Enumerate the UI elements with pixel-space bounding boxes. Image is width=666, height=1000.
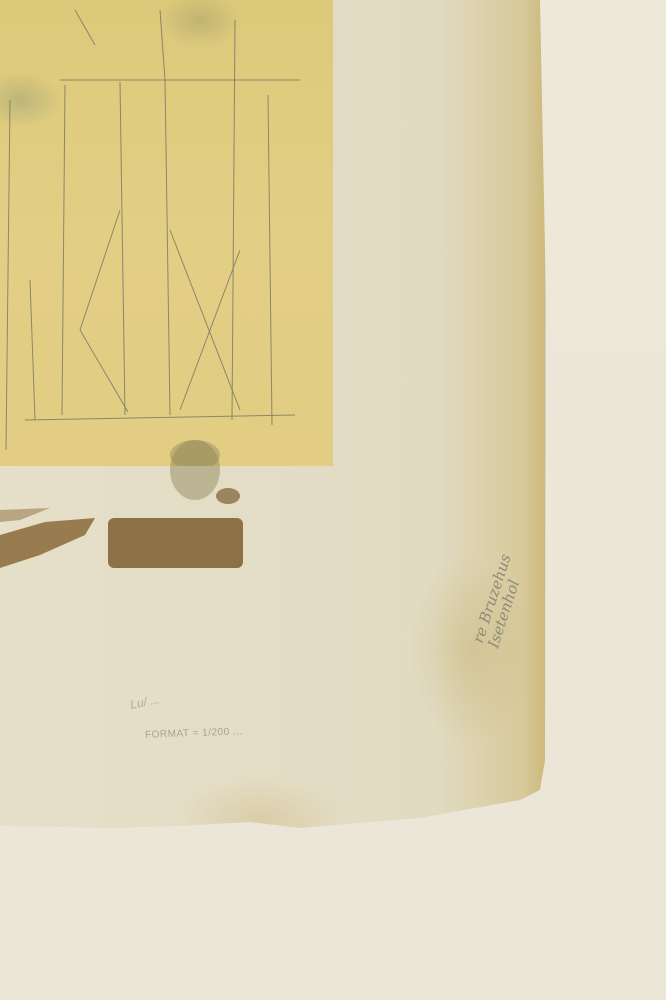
pencil-note-top: Lu/ ... [129,692,161,712]
aged-paper-sheet: Lu/ ... FORMAT = 1/200 ... re Bruzehus I… [0,0,545,828]
pencil-sketch-lines [0,0,333,466]
tracing-paper-sketch [0,0,333,466]
artist-signature: re Bruzehus Isetenhol [470,552,529,650]
brown-wash-strokes [0,430,260,580]
pencil-format-note: FORMAT = 1/200 ... [145,726,243,740]
